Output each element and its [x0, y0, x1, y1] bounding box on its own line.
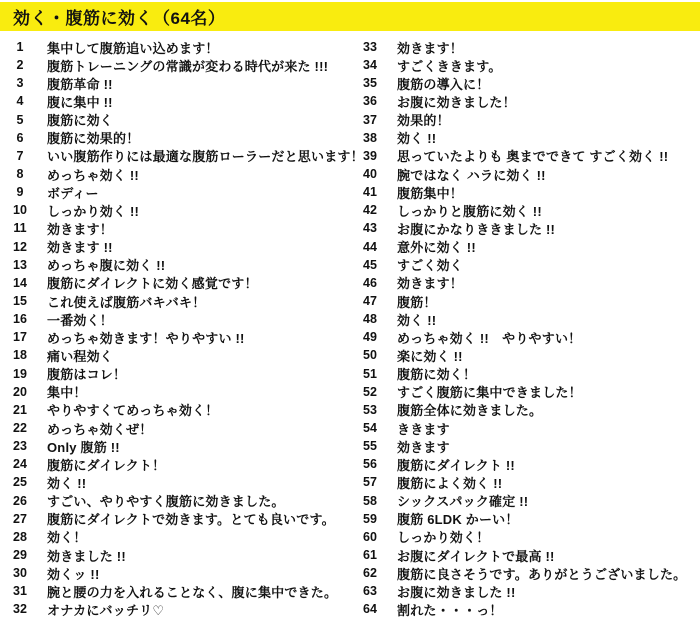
review-text: いい腹筋作りには最適な腹筋ローラーだと思います！ — [47, 146, 364, 165]
review-number: 47 — [358, 294, 382, 308]
review-row: 56腹筋にダイレクト !! — [350, 455, 700, 473]
review-row: 58シックスパック確定 !! — [350, 492, 700, 510]
review-row: 40腕ではなく ハラに効く !! — [350, 165, 700, 183]
review-text: めっちゃ効くぜ！ — [47, 419, 152, 438]
review-row: 12効きます !! — [0, 238, 350, 256]
review-number: 48 — [358, 312, 382, 326]
review-number: 36 — [358, 94, 382, 108]
review-text: 効きます！ — [397, 38, 463, 57]
review-text: 集中して腹筋追い込めます！ — [47, 38, 219, 57]
review-number: 3 — [8, 76, 32, 90]
review-number: 32 — [8, 602, 32, 616]
review-text: 腹筋にダイレクト！ — [47, 455, 165, 474]
review-row: 8めっちゃ効く !! — [0, 165, 350, 183]
review-text: しっかりと腹筋に効く !! — [397, 201, 542, 220]
review-text: めっちゃ腹に効く !! — [47, 255, 165, 274]
review-number: 60 — [358, 530, 382, 544]
review-number: 14 — [8, 276, 32, 290]
review-text: しっかり効く！ — [397, 527, 489, 546]
review-row: 55効きます — [350, 437, 700, 455]
review-text: 腹筋はコレ！ — [47, 364, 126, 383]
review-text: 効果的！ — [397, 110, 450, 129]
review-text: しっかり効く !! — [47, 201, 139, 220]
review-row: 15これ使えば腹筋バキバキ！ — [0, 292, 350, 310]
review-number: 43 — [358, 221, 382, 235]
review-text: 腹筋革命 !! — [47, 74, 113, 93]
review-text: 割れた・・・っ！ — [397, 600, 503, 619]
review-row: 61お腹にダイレクトで最高 !! — [350, 546, 700, 564]
review-number: 24 — [8, 457, 32, 471]
review-text: 集中！ — [47, 382, 87, 401]
review-row: 7いい腹筋作りには最適な腹筋ローラーだと思います！ — [0, 147, 350, 165]
review-row: 9ボディー — [0, 183, 350, 201]
review-row: 39思っていたよりも 奥までできて すごく効く !! — [350, 147, 700, 165]
review-row: 46効きます！ — [350, 274, 700, 292]
review-row: 18痛い程効く — [0, 346, 350, 364]
review-number: 61 — [358, 548, 382, 562]
review-row: 35腹筋の導入に！ — [350, 74, 700, 92]
review-text: 腕と腰の力を入れることなく、腹に集中できた。 — [47, 582, 337, 601]
review-text: 腹筋にダイレクトに効く感覚です！ — [47, 273, 258, 292]
review-row: 16一番効く！ — [0, 310, 350, 328]
review-text: 腹筋トレーニングの常識が変わる時代が来た !!! — [47, 56, 328, 75]
review-number: 52 — [358, 385, 382, 399]
section-header-bar: 効く・腹筋に効く（64名） — [0, 2, 700, 31]
review-number: 27 — [8, 512, 32, 526]
right-column: 33効きます！34すごくききます。35腹筋の導入に！36お腹に効きました！37効… — [350, 38, 700, 619]
review-row: 27腹筋にダイレクトで効きます。とても良いです。 — [0, 510, 350, 528]
review-row: 1集中して腹筋追い込めます！ — [0, 38, 350, 56]
review-row: 44意外に効く !! — [350, 238, 700, 256]
review-text: シックスパック確定 !! — [397, 491, 528, 510]
review-row: 51腹筋に効く！ — [350, 365, 700, 383]
review-text: 腹筋！ — [397, 292, 437, 311]
review-text: 効くッ !! — [47, 564, 99, 583]
review-text: 一番効く！ — [47, 310, 113, 329]
review-text: 腕ではなく ハラに効く !! — [397, 165, 546, 184]
review-row: 28効く！ — [0, 528, 350, 546]
review-number: 17 — [8, 330, 32, 344]
review-text: 腹筋にダイレクトで効きます。とても良いです。 — [47, 509, 335, 528]
review-number: 42 — [358, 203, 382, 217]
review-number: 28 — [8, 530, 32, 544]
review-row: 49めっちゃ効く !! やりやすい！ — [350, 328, 700, 346]
review-text: これ使えば腹筋バキバキ！ — [47, 292, 205, 311]
review-number: 4 — [8, 94, 32, 108]
review-row: 14腹筋にダイレクトに効く感覚です！ — [0, 274, 350, 292]
review-number: 9 — [8, 185, 32, 199]
review-row: 31腕と腰の力を入れることなく、腹に集中できた。 — [0, 582, 350, 600]
review-row: 32オナカにバッチリ♡ — [0, 600, 350, 618]
review-number: 33 — [358, 40, 382, 54]
review-text: 腹筋に良さそうです。ありがとうございました。 — [397, 564, 686, 583]
review-text: 腹筋全体に効きました。 — [397, 400, 542, 419]
review-text: 効く !! — [47, 473, 86, 492]
review-row: 24腹筋にダイレクト！ — [0, 455, 350, 473]
review-row: 20集中！ — [0, 383, 350, 401]
review-number: 13 — [8, 258, 32, 272]
review-text: めっちゃ効きます！やりやすい !! — [47, 328, 245, 347]
review-number: 6 — [8, 131, 32, 145]
review-number: 62 — [358, 566, 382, 580]
review-text: オナカにバッチリ♡ — [47, 600, 164, 619]
review-text: お腹にかなりききました !! — [397, 219, 555, 238]
review-row: 4腹に集中 !! — [0, 92, 350, 110]
review-number: 1 — [8, 40, 32, 54]
review-number: 29 — [8, 548, 32, 562]
review-number: 45 — [358, 258, 382, 272]
review-number: 64 — [358, 602, 382, 616]
review-text: 効く！ — [47, 527, 87, 546]
review-row: 42しっかりと腹筋に効く !! — [350, 201, 700, 219]
review-number: 39 — [358, 149, 382, 163]
review-row: 53腹筋全体に効きました。 — [350, 401, 700, 419]
review-text: 痛い程効く — [47, 346, 113, 365]
review-number: 41 — [358, 185, 382, 199]
left-column: 1集中して腹筋追い込めます！2腹筋トレーニングの常識が変わる時代が来た !!!3… — [0, 38, 350, 619]
review-row: 11効きます！ — [0, 219, 350, 237]
review-text: 意外に効く !! — [397, 237, 476, 256]
review-row: 3腹筋革命 !! — [0, 74, 350, 92]
review-row: 63お腹に効きました !! — [350, 582, 700, 600]
review-row: 43お腹にかなりききました !! — [350, 219, 700, 237]
review-row: 60しっかり効く！ — [350, 528, 700, 546]
review-row: 41腹筋集中！ — [350, 183, 700, 201]
review-text: 腹筋集中！ — [397, 183, 463, 202]
review-row: 10しっかり効く !! — [0, 201, 350, 219]
review-number: 46 — [358, 276, 382, 290]
review-text: めっちゃ効く !! やりやすい！ — [397, 328, 581, 347]
review-number: 58 — [358, 494, 382, 508]
review-number: 49 — [358, 330, 382, 344]
review-number: 16 — [8, 312, 32, 326]
review-number: 57 — [358, 475, 382, 489]
review-number: 30 — [8, 566, 32, 580]
review-row: 50楽に効く !! — [350, 346, 700, 364]
review-row: 29効きました !! — [0, 546, 350, 564]
review-number: 26 — [8, 494, 32, 508]
review-summary-page: 効く・腹筋に効く（64名） 1集中して腹筋追い込めます！2腹筋トレーニングの常識… — [0, 0, 700, 637]
review-row: 26すごい、やりやすく腹筋に効きました。 — [0, 492, 350, 510]
review-text: 効きます！ — [47, 219, 113, 238]
review-number: 44 — [358, 240, 382, 254]
review-number: 2 — [8, 58, 32, 72]
review-text: お腹に効きました！ — [397, 92, 516, 111]
review-number: 55 — [358, 439, 382, 453]
review-row: 34すごくききます。 — [350, 56, 700, 74]
review-text: ききます — [397, 419, 450, 438]
review-row: 13めっちゃ腹に効く !! — [0, 256, 350, 274]
review-row: 17めっちゃ効きます！やりやすい !! — [0, 328, 350, 346]
review-number: 51 — [358, 367, 382, 381]
review-number: 56 — [358, 457, 382, 471]
review-row: 59腹筋 6LDK かーい！ — [350, 510, 700, 528]
review-text: 腹に集中 !! — [47, 92, 113, 111]
review-row: 52すごく腹筋に集中できました！ — [350, 383, 700, 401]
review-columns: 1集中して腹筋追い込めます！2腹筋トレーニングの常識が変わる時代が来た !!!3… — [0, 38, 700, 619]
review-number: 35 — [358, 76, 382, 90]
review-text: 腹筋にダイレクト !! — [397, 455, 515, 474]
review-text: 効きます !! — [47, 237, 113, 256]
review-row: 21やりやすくてめっちゃ効く！ — [0, 401, 350, 419]
review-row: 62腹筋に良さそうです。ありがとうございました。 — [350, 564, 700, 582]
review-text: 効きます — [397, 437, 450, 456]
review-row: 64割れた・・・っ！ — [350, 600, 700, 618]
review-row: 47腹筋！ — [350, 292, 700, 310]
review-number: 19 — [8, 367, 32, 381]
review-number: 23 — [8, 439, 32, 453]
review-text: 腹筋に効果的！ — [47, 128, 139, 147]
review-text: ボディー — [47, 183, 99, 202]
review-number: 22 — [8, 421, 32, 435]
review-number: 25 — [8, 475, 32, 489]
review-text: 効きました !! — [47, 546, 126, 565]
review-number: 20 — [8, 385, 32, 399]
review-number: 37 — [358, 113, 382, 127]
review-text: お腹にダイレクトで最高 !! — [397, 546, 555, 565]
review-number: 21 — [8, 403, 32, 417]
review-row: 30効くッ !! — [0, 564, 350, 582]
review-row: 45すごく効く — [350, 256, 700, 274]
review-text: めっちゃ効く !! — [47, 165, 139, 184]
review-number: 34 — [358, 58, 382, 72]
review-number: 53 — [358, 403, 382, 417]
review-number: 40 — [358, 167, 382, 181]
review-row: 25効く !! — [0, 473, 350, 491]
review-text: 腹筋に効く — [47, 110, 113, 129]
review-text: 腹筋によく効く !! — [397, 473, 502, 492]
review-number: 31 — [8, 584, 32, 598]
review-number: 54 — [358, 421, 382, 435]
review-text: お腹に効きました !! — [397, 582, 515, 601]
review-text: 効きます！ — [397, 273, 463, 292]
review-number: 18 — [8, 348, 32, 362]
review-number: 8 — [8, 167, 32, 181]
review-text: すごく効く — [397, 255, 463, 274]
review-number: 7 — [8, 149, 32, 163]
review-text: 腹筋 6LDK かーい！ — [397, 509, 519, 528]
review-text: 効く !! — [397, 128, 436, 147]
review-number: 63 — [358, 584, 382, 598]
review-row: 19腹筋はコレ！ — [0, 365, 350, 383]
review-text: 腹筋の導入に！ — [397, 74, 489, 93]
page-title: 効く・腹筋に効く（64名） — [0, 4, 225, 29]
review-text: Only 腹筋 !! — [47, 437, 120, 456]
review-number: 5 — [8, 113, 32, 127]
review-row: 33効きます！ — [350, 38, 700, 56]
review-row: 57腹筋によく効く !! — [350, 473, 700, 491]
review-number: 15 — [8, 294, 32, 308]
review-number: 38 — [358, 131, 382, 145]
review-text: 思っていたよりも 奥までできて すごく効く !! — [397, 146, 668, 165]
review-row: 36お腹に効きました！ — [350, 92, 700, 110]
review-text: すごく腹筋に集中できました！ — [397, 382, 582, 401]
review-row: 22めっちゃ効くぜ！ — [0, 419, 350, 437]
review-text: 腹筋に効く！ — [397, 364, 476, 383]
review-row: 5腹筋に効く — [0, 111, 350, 129]
review-number: 10 — [8, 203, 32, 217]
review-row: 23Only 腹筋 !! — [0, 437, 350, 455]
review-text: すごくききます。 — [397, 56, 502, 75]
review-row: 37効果的！ — [350, 111, 700, 129]
review-row: 38効く !! — [350, 129, 700, 147]
review-text: 楽に効く !! — [397, 346, 463, 365]
review-row: 48効く !! — [350, 310, 700, 328]
review-number: 59 — [358, 512, 382, 526]
review-text: すごい、やりやすく腹筋に効きました。 — [47, 491, 285, 510]
review-row: 2腹筋トレーニングの常識が変わる時代が来た !!! — [0, 56, 350, 74]
review-row: 54ききます — [350, 419, 700, 437]
review-row: 6腹筋に効果的！ — [0, 129, 350, 147]
review-number: 12 — [8, 240, 32, 254]
review-text: 効く !! — [397, 310, 436, 329]
review-number: 50 — [358, 348, 382, 362]
review-number: 11 — [8, 221, 32, 235]
review-text: やりやすくてめっちゃ効く！ — [47, 400, 218, 419]
